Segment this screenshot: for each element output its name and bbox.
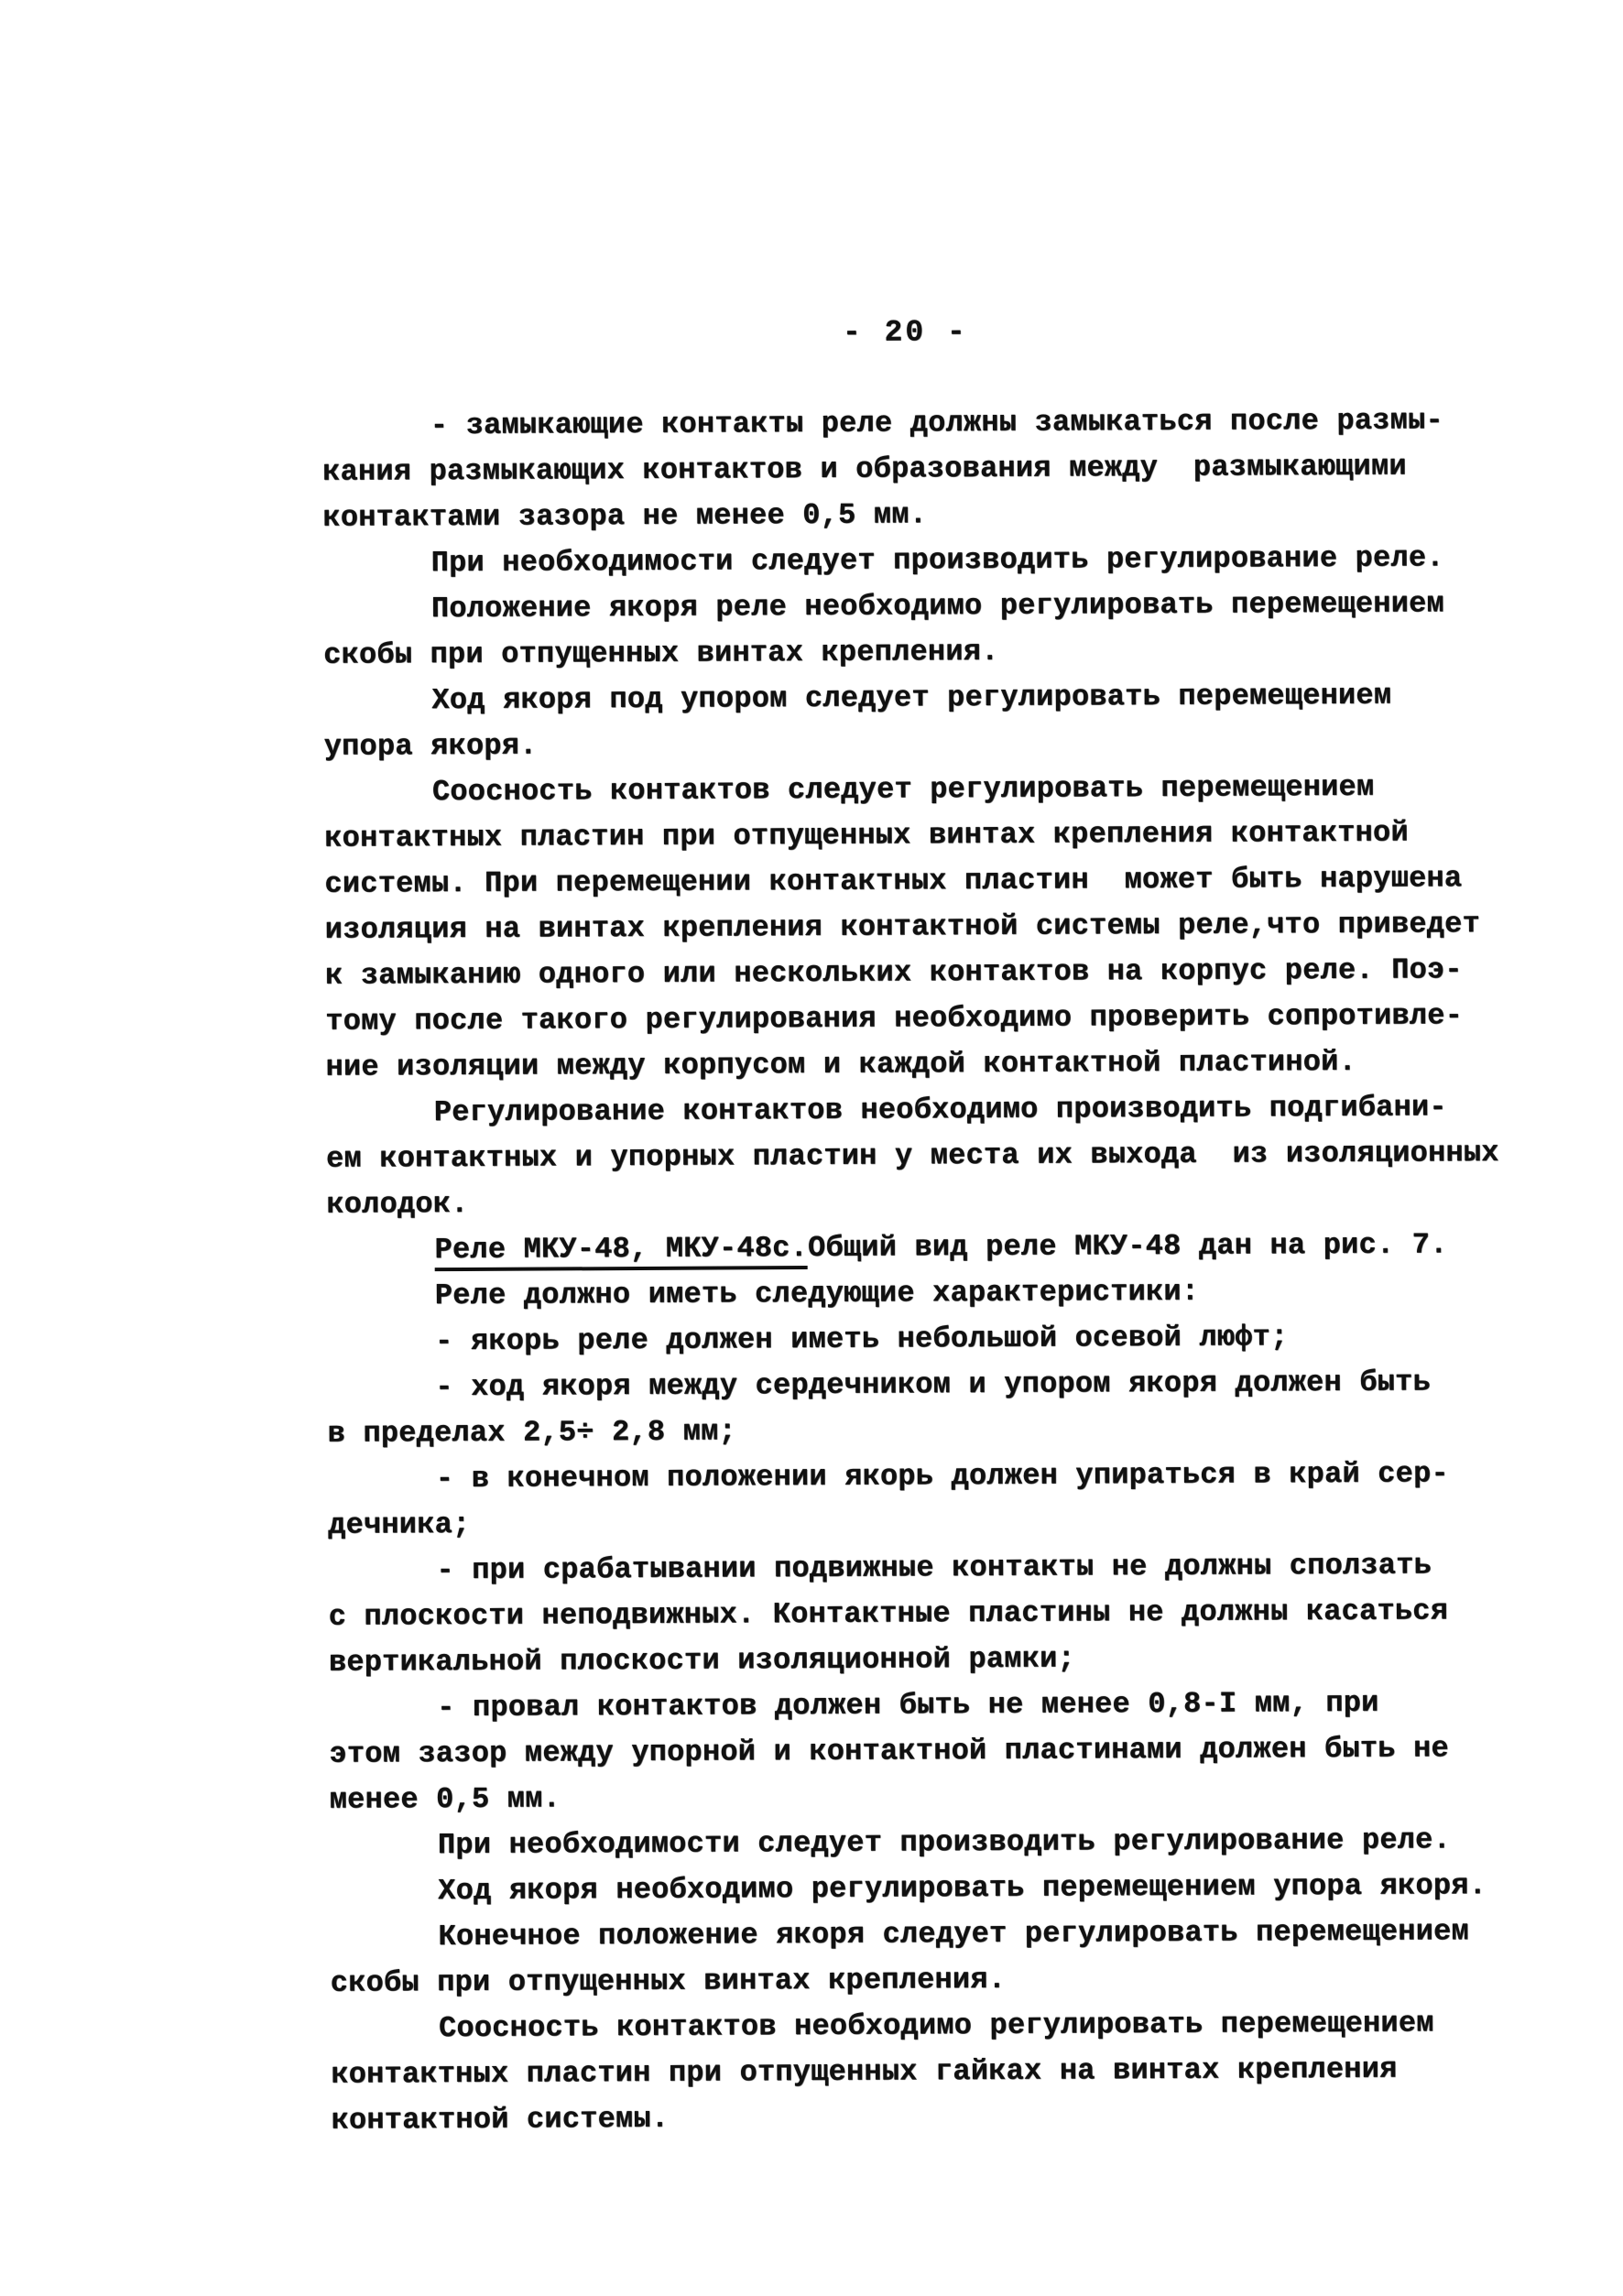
text-line: Соосность контактов необходимо регулиров…	[331, 2000, 1503, 2052]
text-line: контактных пластин при отпущенных гайках…	[331, 2046, 1503, 2098]
text-line: При необходимости следует производить ре…	[330, 1817, 1502, 1869]
text-line: - при срабатывании подвижные контакты не…	[328, 1542, 1500, 1594]
text-line: упора якоря.	[324, 718, 1497, 770]
text-line: кания размыкающих контактов и образовани…	[322, 443, 1495, 495]
text-line: контактных пластин при отпущенных винтах…	[324, 810, 1497, 862]
text-line: тому после такого регулирования необходи…	[325, 993, 1498, 1045]
underlined-relay-designation: Реле МКУ-48, МКУ-48с.	[434, 1231, 808, 1271]
text-line: контактной системы.	[331, 2092, 1503, 2144]
text-line: - ход якоря между сердечником и упором я…	[327, 1359, 1499, 1411]
text-block: - замыкающие контакты реле должны замыка…	[322, 397, 1504, 2144]
text-line: При необходимости следует производить ре…	[323, 535, 1496, 587]
scanned-document-page: { "page": { "number": "- 20 -" }, "color…	[0, 0, 1623, 2296]
page-number: - 20 -	[323, 312, 1487, 353]
text-line: с плоскости неподвижных. Контактные плас…	[329, 1588, 1501, 1640]
text-line: скобы при отпущенных винтах крепления.	[323, 626, 1496, 679]
text-line: контактами зазора не менее 0,5 мм.	[322, 489, 1495, 541]
text-line: этом зазор между упорной и контактной пл…	[329, 1725, 1501, 1778]
text-line: ем контактных и упорных пластин у места …	[326, 1130, 1498, 1182]
text-line: Соосность контактов следует регулировать…	[324, 764, 1497, 816]
text-line: вертикальной плоскости изоляционной рамк…	[329, 1634, 1501, 1686]
text-line: Положение якоря реле необходимо регулиро…	[323, 581, 1496, 633]
text-line: скобы при отпущенных винтах крепления.	[331, 1954, 1503, 2007]
text-line: Реле должно иметь следующие характеристи…	[327, 1268, 1499, 1320]
text-line: - якорь реле должен иметь небольшой осев…	[327, 1313, 1499, 1366]
text-line: Регулирование контактов необходимо произ…	[326, 1084, 1498, 1137]
text-line: - в конечном положении якорь должен упир…	[328, 1451, 1500, 1503]
text-line: Ход якоря под упором следует регулироват…	[323, 672, 1496, 724]
text-line: в пределах 2,5÷ 2,8 мм;	[327, 1405, 1499, 1457]
scan-area: - 20 - - замыкающие контакты реле должны…	[0, 0, 1623, 2296]
text-line: системы. При перемещении контактных плас…	[324, 855, 1497, 908]
text-line: дечника;	[328, 1496, 1500, 1549]
text-line: Конечное положение якоря следует регулир…	[330, 1909, 1502, 1961]
text-line: - провал контактов должен быть не менее …	[329, 1680, 1501, 1732]
text-line: Ход якоря необходимо регулировать переме…	[330, 1863, 1502, 1915]
text-line: - замыкающие контакты реле должны замыка…	[322, 397, 1495, 450]
text-line: изоляция на винтах крепления контактной …	[325, 901, 1498, 953]
text-line: ние изоляции между корпусом и каждой кон…	[325, 1039, 1498, 1091]
text-line-relay-heading: Реле МКУ-48, МКУ-48с.Общий вид реле МКУ-…	[326, 1222, 1498, 1274]
text-line: к замыканию одного или нескольких контак…	[325, 947, 1498, 999]
text-line: колодок.	[326, 1176, 1498, 1228]
relay-heading-rest: Общий вид реле МКУ-48 дан на рис. 7.	[808, 1227, 1448, 1265]
text-line: менее 0,5 мм.	[330, 1771, 1502, 1823]
